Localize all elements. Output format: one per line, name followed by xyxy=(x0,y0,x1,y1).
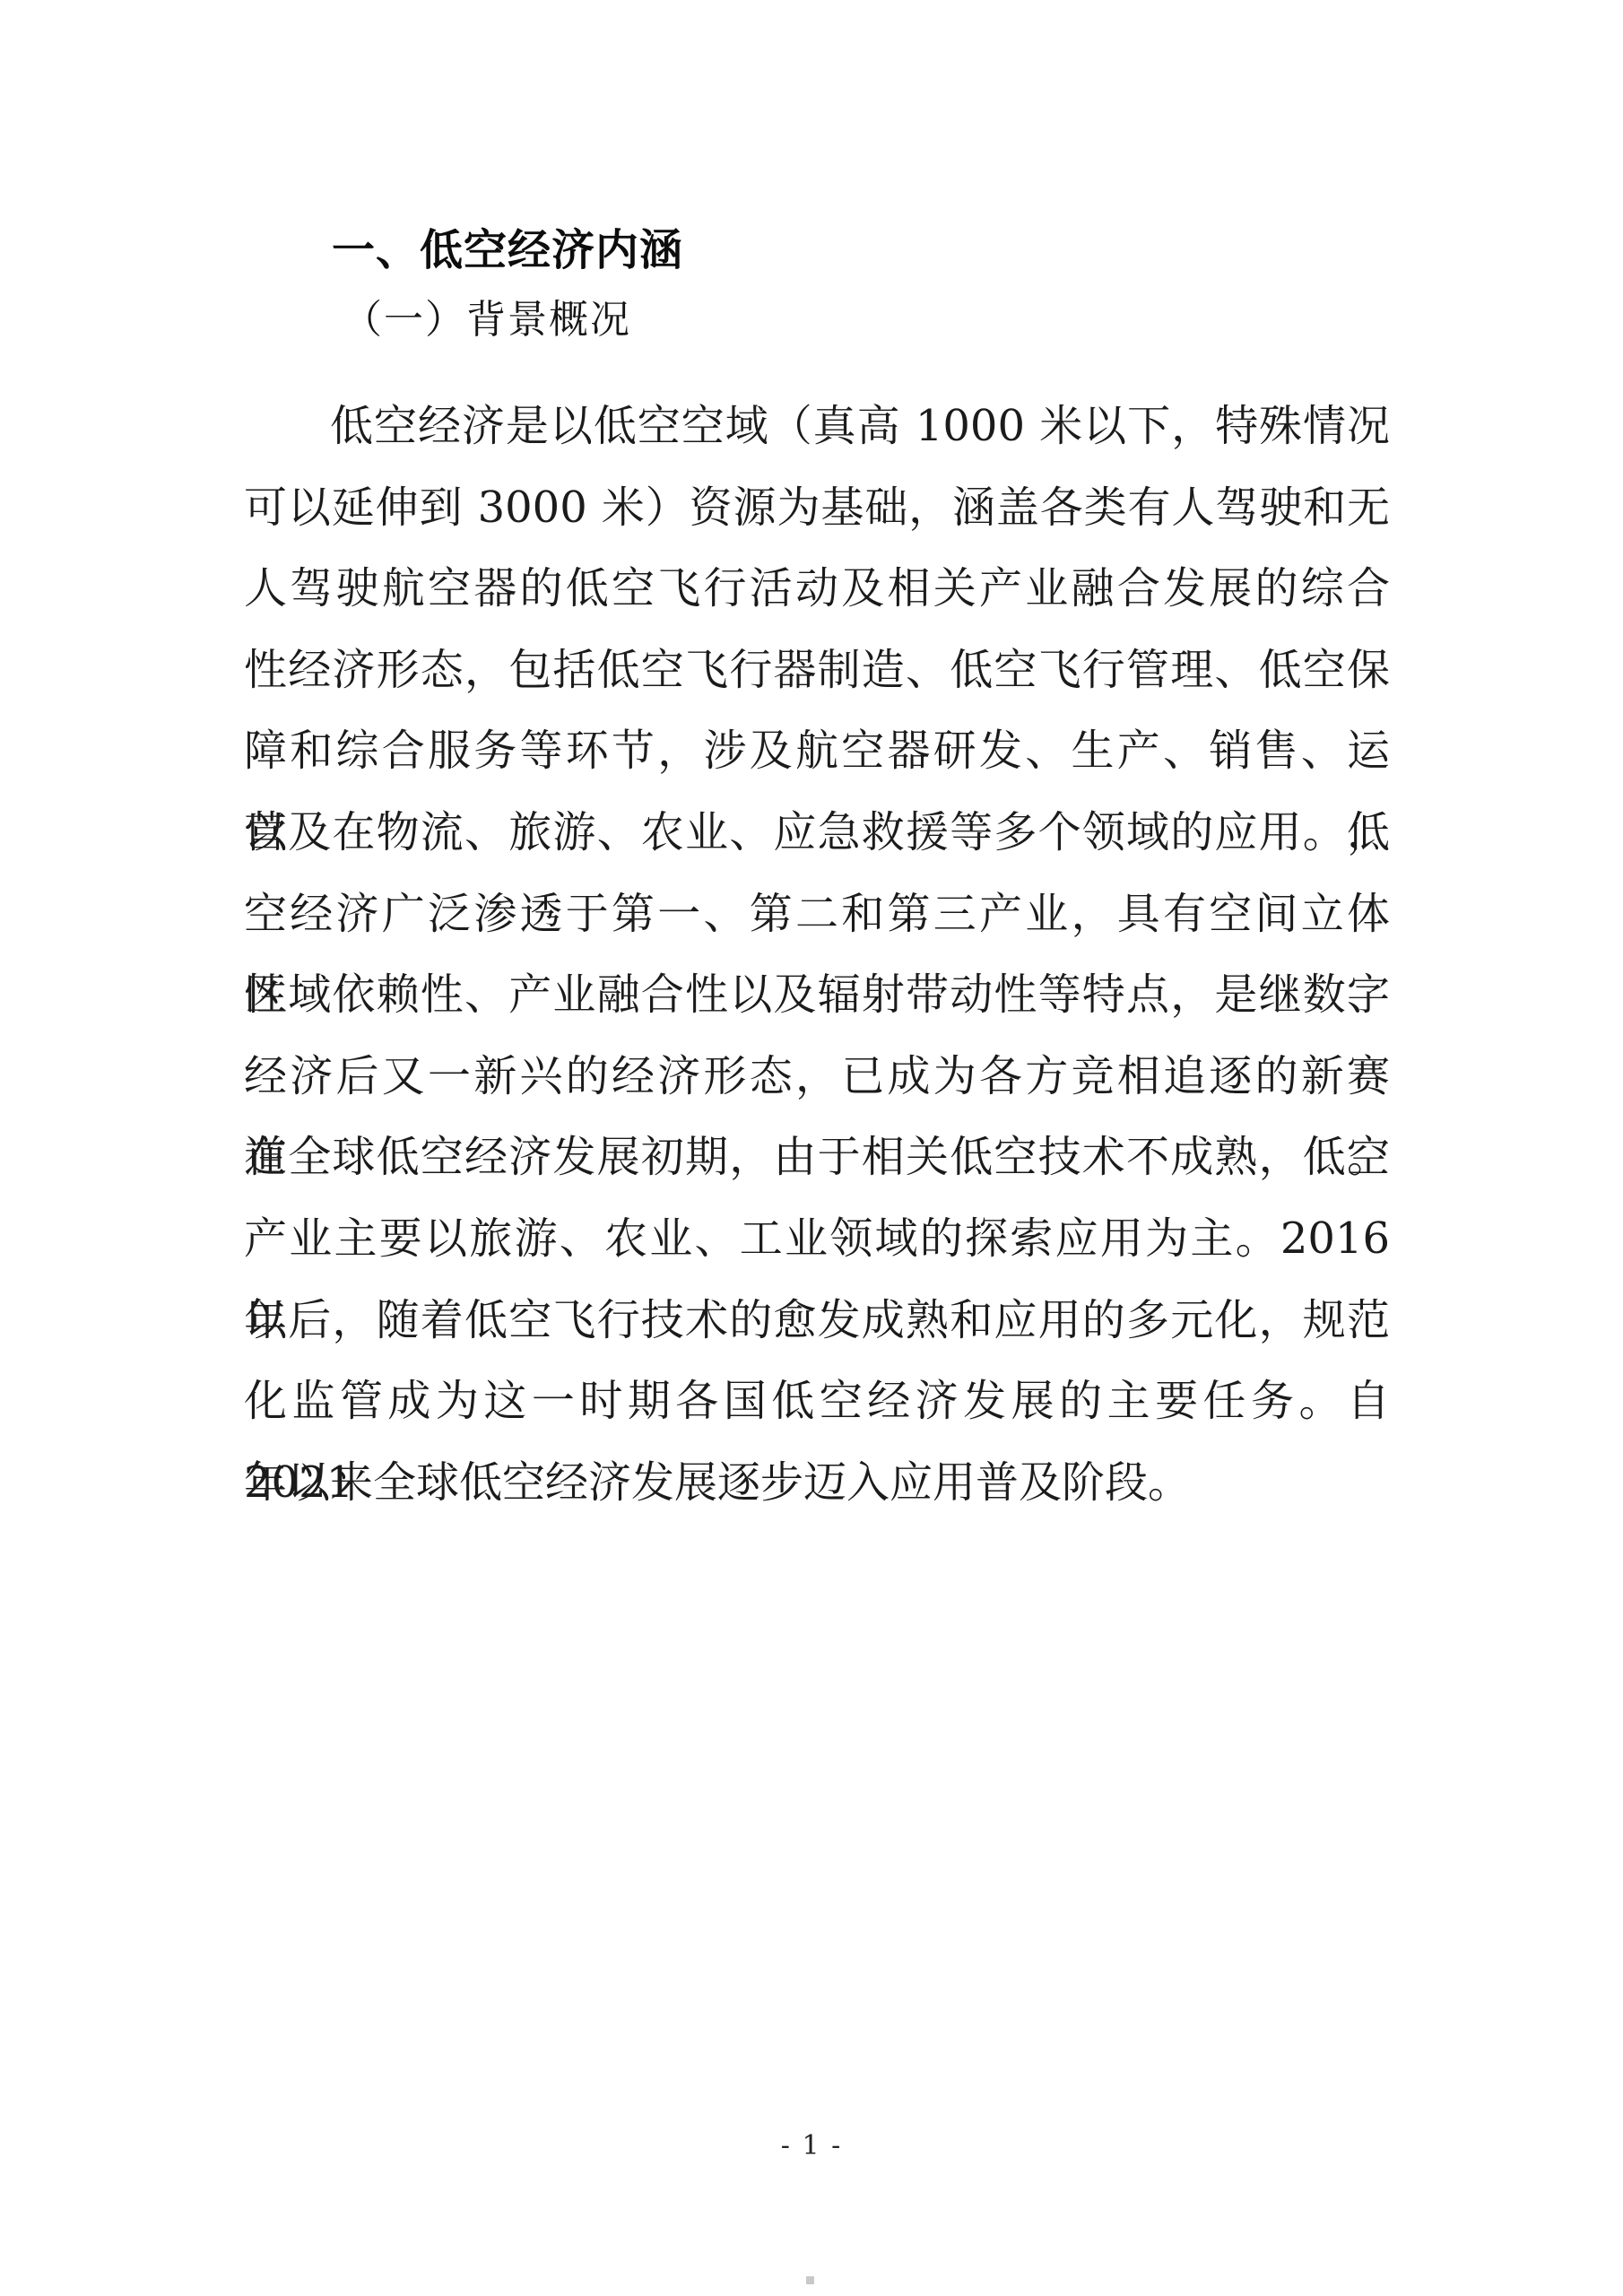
text-line: 人驾驶航空器的低空飞行活动及相关产业融合发展的综合 xyxy=(244,548,1390,630)
document-page: 一、低空经济内涵 （一）背景概况 低空经济是以低空空域（真高 1000 米以下，… xyxy=(0,0,1623,2296)
text-line: 空经济广泛渗透于第一、第二和第三产业，具有空间立体性、 xyxy=(244,874,1390,955)
text-line: 以后，随着低空飞行技术的愈发成熟和应用的多元化，规范 xyxy=(244,1280,1390,1361)
text-line: 区域依赖性、产业融合性以及辐射带动性等特点，是继数字 xyxy=(244,954,1390,1036)
text-line: 低空经济是以低空空域（真高 1000 米以下，特殊情况 xyxy=(244,386,1390,467)
subsection-heading: （一）背景概况 xyxy=(343,294,631,346)
page-number: - 1 - xyxy=(0,2130,1623,2161)
section-heading: 一、低空经济内涵 xyxy=(332,222,683,278)
text-line: 在全球低空经济发展初期，由于相关低空技术不成熟，低空 xyxy=(244,1117,1390,1198)
text-line: 产业主要以旅游、农业、工业领域的探索应用为主。2016 年 xyxy=(244,1198,1390,1280)
text-line: 化监管成为这一时期各国低空经济发展的主要任务。自 2021 xyxy=(244,1361,1390,1442)
text-line: 障和综合服务等环节，涉及航空器研发、生产、销售、运营， xyxy=(244,710,1390,792)
text-line: 以及在物流、旅游、农业、应急救援等多个领域的应用。低 xyxy=(244,792,1390,874)
text-line: 可以延伸到 3000 米）资源为基础，涵盖各类有人驾驶和无 xyxy=(244,467,1390,549)
text-line: 年以来全球低空经济发展逐步迈入应用普及阶段。 xyxy=(244,1442,1390,1524)
body-paragraph: 低空经济是以低空空域（真高 1000 米以下，特殊情况可以延伸到 3000 米）… xyxy=(244,386,1390,1523)
text-line: 经济后又一新兴的经济形态，已成为各方竞相追逐的新赛道。 xyxy=(244,1036,1390,1118)
text-line: 性经济形态，包括低空飞行器制造、低空飞行管理、低空保 xyxy=(244,630,1390,711)
watermark-dot xyxy=(806,2276,814,2284)
